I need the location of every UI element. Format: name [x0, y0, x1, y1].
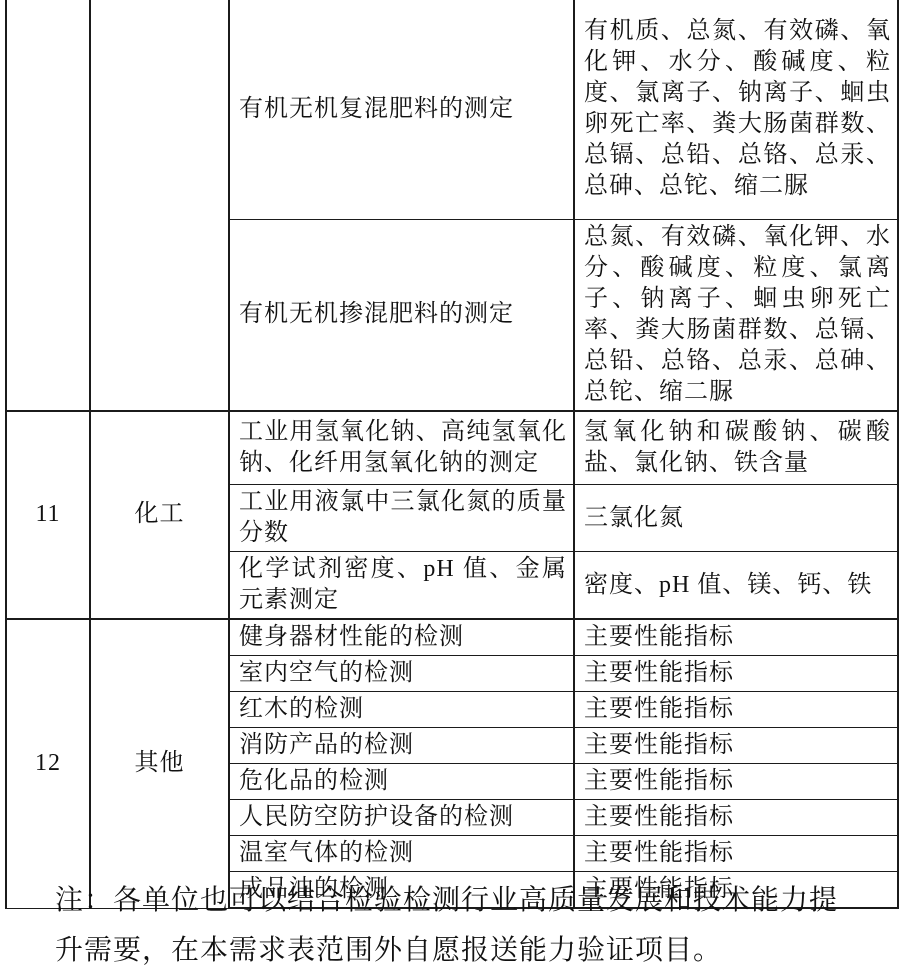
parameters-cell: 主要性能指标: [574, 764, 898, 800]
footnote: 注：各单位也可以结合检验检测行业高质量发展和技术能力提 升需要，在本需求表范围外…: [55, 876, 838, 976]
footnote-line-1: 注：各单位也可以结合检验检测行业高质量发展和技术能力提: [55, 876, 838, 926]
footnote-line-2: 升需要，在本需求表范围外自愿报送能力验证项目。: [55, 926, 838, 976]
category-cell-continued: [90, 0, 229, 411]
serial-cell-continued: [6, 0, 90, 411]
parameters-cell: 主要性能指标: [574, 619, 898, 656]
test-item-cell: 危化品的检测: [229, 764, 574, 800]
parameters-cell: 总氮、有效磷、氧化钾、水分、酸碱度、粒度、氯离子、钠离子、蛔虫卵死亡率、粪大肠菌…: [574, 219, 898, 411]
test-item-cell: 有机无机掺混肥料的测定: [229, 219, 574, 411]
parameters-cell: 主要性能指标: [574, 728, 898, 764]
parameters-cell: 主要性能指标: [574, 800, 898, 836]
test-item-cell: 人民防空防护设备的检测: [229, 800, 574, 836]
test-item-cell: 消防产品的检测: [229, 728, 574, 764]
test-item-cell: 红木的检测: [229, 692, 574, 728]
test-item-cell: 工业用液氯中三氯化氮的质量分数: [229, 485, 574, 552]
parameters-cell: 主要性能指标: [574, 836, 898, 872]
parameters-cell: 主要性能指标: [574, 692, 898, 728]
table-row: 有机无机复混肥料的测定 有机质、总氮、有效磷、氧化钾、水分、酸碱度、粒度、氯离子…: [6, 0, 898, 219]
parameters-cell: 密度、pH 值、镁、钙、铁: [574, 552, 898, 620]
category-cell: 化工: [90, 411, 229, 620]
test-item-cell: 室内空气的检测: [229, 656, 574, 692]
category-cell: 其他: [90, 619, 229, 908]
test-item-cell: 化学试剂密度、pH 值、金属元素测定: [229, 552, 574, 620]
serial-cell: 12: [6, 619, 90, 908]
table-row: 11 化工 工业用氢氧化钠、高纯氢氧化钠、化纤用氢氧化钠的测定 氢氧化钠和碳酸钠…: [6, 411, 898, 485]
parameters-cell: 三氯化氮: [574, 485, 898, 552]
parameters-cell: 主要性能指标: [574, 656, 898, 692]
table-row: 12 其他 健身器材性能的检测 主要性能指标: [6, 619, 898, 656]
test-item-cell: 温室气体的检测: [229, 836, 574, 872]
document-page: 有机无机复混肥料的测定 有机质、总氮、有效磷、氧化钾、水分、酸碱度、粒度、氯离子…: [0, 0, 905, 978]
test-item-cell: 有机无机复混肥料的测定: [229, 0, 574, 219]
parameters-cell: 氢氧化钠和碳酸钠、碳酸盐、氯化钠、铁含量: [574, 411, 898, 485]
test-item-cell: 健身器材性能的检测: [229, 619, 574, 656]
serial-cell: 11: [6, 411, 90, 620]
test-item-cell: 工业用氢氧化钠、高纯氢氧化钠、化纤用氢氧化钠的测定: [229, 411, 574, 485]
parameters-cell: 有机质、总氮、有效磷、氧化钾、水分、酸碱度、粒度、氯离子、钠离子、蛔虫卵死亡率、…: [574, 0, 898, 219]
capability-verification-table: 有机无机复混肥料的测定 有机质、总氮、有效磷、氧化钾、水分、酸碱度、粒度、氯离子…: [5, 0, 899, 909]
